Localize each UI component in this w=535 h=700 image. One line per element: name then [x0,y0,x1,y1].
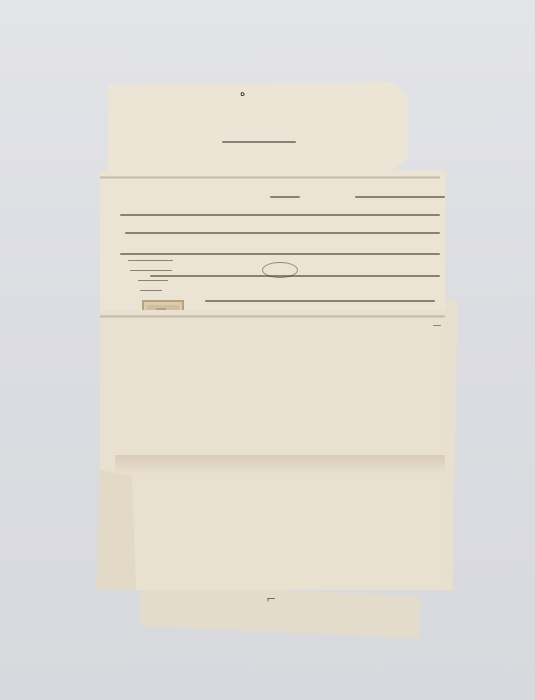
margin-note-2 [130,270,172,271]
body-line-3 [125,232,440,234]
fold-crease-2 [100,315,445,318]
signature-seal [262,262,298,278]
body-line-1 [355,196,445,198]
main-sheet [100,170,445,310]
side-sheet-note [433,325,441,326]
top-mark: ه [240,88,245,99]
body-line-5 [150,275,440,277]
body-line-1b [270,196,300,198]
body-line-6 [205,300,435,302]
margin-note-1 [128,260,173,261]
back-sheet-bottom [139,584,421,638]
bottom-mark: ⌐ [266,592,276,606]
margin-note-3 [138,280,168,281]
body-line-4 [120,253,440,255]
fold-shadow [115,455,445,475]
lower-sheet [100,310,445,590]
left-torn-flap [96,470,136,590]
heading-line [222,141,296,143]
margin-note-4 [140,290,162,291]
fold-crease-1 [100,176,440,179]
top-flap [108,82,408,177]
body-line-2 [120,214,440,216]
